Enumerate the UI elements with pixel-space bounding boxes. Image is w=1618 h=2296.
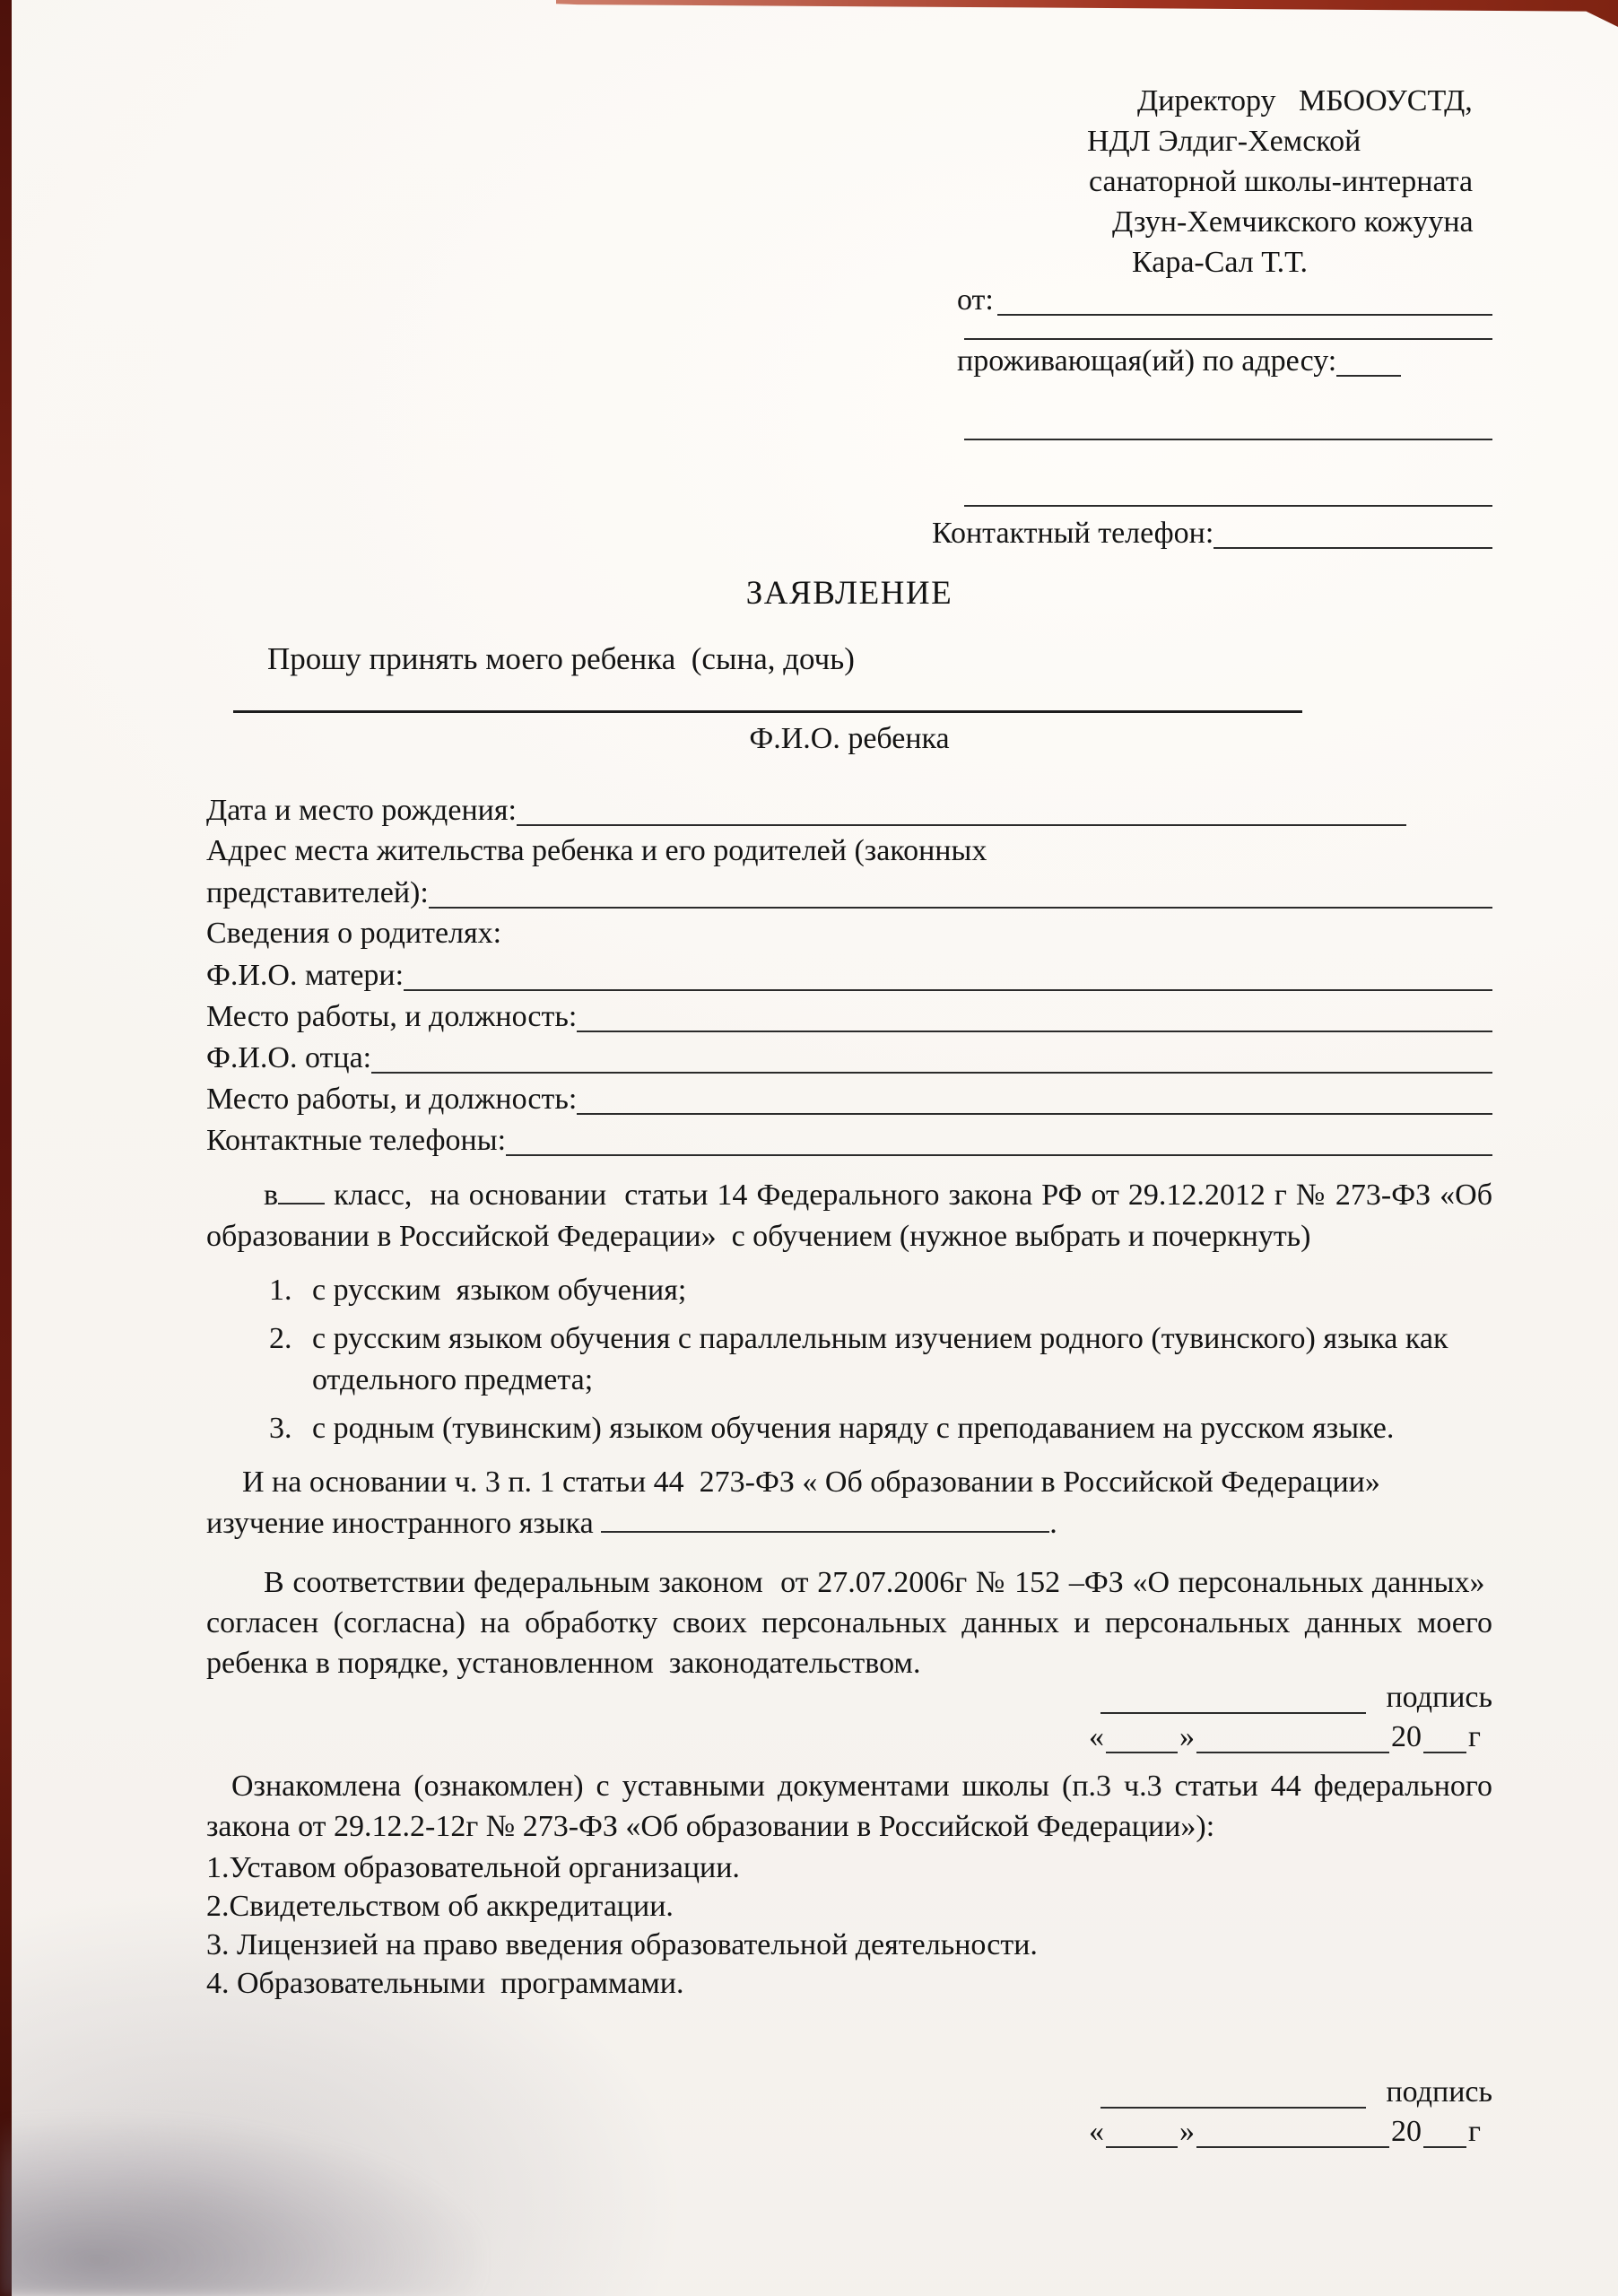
foreign-language-clause: И на основании ч. 3 п. 1 статьи 44 273-Ф… [206,1462,1492,1544]
mother-fio-row: Ф.И.О. матери: [206,954,1492,996]
address-blank-line-3 [964,440,1492,507]
option-text: с родным (тувинским) языком обучения нар… [312,1408,1492,1449]
document-item-3: 3. Лицензией на право введения образоват… [206,1926,1492,1964]
signature-block-1: подпись « » 20 г [1087,1685,1492,1757]
mother-work-label: Место работы, и должность: [206,996,577,1037]
from-blank-line [997,314,1492,316]
foreign-language-line1: И на основании ч. 3 п. 1 статьи 44 273-Ф… [206,1462,1492,1503]
class-paragraph-lead: в [264,1178,278,1212]
address-blank-line-2 [964,381,1492,440]
address-field-label-line2: представителей): [206,873,429,913]
year-century: 20 [1389,1717,1423,1757]
year-blank-line [1423,2146,1466,2148]
from-blank-line-2 [964,320,1492,340]
parents-info-header: Сведения о родителях: [206,913,1492,954]
month-blank-line [1196,1752,1389,1753]
month-blank-line [1196,2146,1389,2148]
addressee-line: НДЛ Элдиг-Хемской [1062,121,1492,161]
class-blank-line [278,1194,325,1205]
addressee-line: санаторной школы-интерната [1062,161,1492,202]
mother-fio-label: Ф.И.О. матери: [206,955,404,996]
child-name-caption: Ф.И.О. ребенка [206,718,1492,759]
language-options-list: 1. с русским языком обучения; 2. с русск… [206,1270,1492,1449]
scan-top-edge [556,0,1618,27]
birth-field-label: Дата и место рождения: [206,790,517,831]
mother-fio-line [404,989,1492,991]
address-blank-line [1336,375,1401,377]
address-field-label-line1: Адрес места жительства ребенка и его род… [206,831,1492,872]
day-blank-line [1106,1752,1178,1753]
addressee-line: Дзун-Хемчикского кожууна [1062,202,1492,242]
foreign-language-line2: изучение иностранного языка . [206,1503,1492,1544]
year-letter: г [1466,1717,1483,1757]
mother-work-line [577,1031,1492,1032]
foreign-language-period: . [1049,1507,1057,1540]
father-fio-line [371,1072,1492,1074]
residing-label: проживающая(ий) по адресу: [957,341,1336,381]
open-quote: « [1087,1717,1106,1757]
language-option-3: 3. с родным (тувинским) языком обучения … [269,1408,1492,1449]
form-content: Директору МБООУСТД, НДЛ Элдиг-Хемской са… [206,81,1492,2152]
applicant-zone: от: проживающая(ий) по адресу: Контактны… [957,283,1492,553]
phones-label: Контактные телефоны: [206,1120,506,1161]
document-item-4: 4. Образовательными программами. [206,1964,1492,2003]
scanned-application-form: Директору МБООУСТД, НДЛ Элдиг-Хемской са… [0,0,1618,2296]
birth-field-row: Дата и место рождения: [206,789,1492,831]
date-row: « » 20 г [1087,1718,1492,1757]
address-field-row: представителей): [206,872,1492,913]
address-field-line [429,907,1492,909]
close-quote: » [1178,2111,1196,2152]
from-label: от: [957,280,994,320]
documents-list: 1.Уставом образовательной организации. 2… [206,1848,1492,2003]
child-name-blank-line [233,710,1302,713]
addressee-block: Директору МБООУСТД, НДЛ Элдиг-Хемской са… [1062,81,1492,283]
addressee-line: Директору МБООУСТД, [1062,81,1492,121]
request-line: Прошу принять моего ребенка (сына, дочь) [206,639,1492,679]
language-option-1: 1. с русским языком обучения; [269,1270,1492,1311]
year-blank-line [1423,1752,1466,1753]
scan-left-edge [0,0,12,2296]
close-quote: » [1178,1717,1196,1757]
contact-phone-row: Контактный телефон: [932,512,1492,553]
signature-caption: подпись [1386,2072,1492,2112]
signature-blank-line [1100,1712,1366,1714]
class-paragraph-text: класс, на основании статьи 14 Федерально… [206,1178,1492,1253]
father-work-row: Место работы, и должность: [206,1078,1492,1119]
acknowledgement-paragraph: Ознакомлена (ознакомлен) с уставными док… [206,1766,1492,1847]
phones-row: Контактные телефоны: [206,1119,1492,1161]
birth-field-line [517,824,1406,826]
fields-section: Дата и место рождения: Адрес места жител… [206,789,1492,1161]
year-century: 20 [1389,2111,1423,2152]
option-number: 1. [269,1270,312,1311]
document-item-2: 2.Свидетельством об аккредитации. [206,1887,1492,1926]
option-text: с русским языком обучения с параллельным… [312,1318,1492,1401]
year-letter: г [1466,2111,1483,2152]
option-number: 2. [269,1318,312,1401]
foreign-language-blank-line [601,1522,1049,1533]
option-number: 3. [269,1408,312,1449]
contact-phone-blank-line [1213,547,1492,549]
open-quote: « [1087,2111,1106,2152]
father-fio-row: Ф.И.О. отца: [206,1037,1492,1078]
foreign-language-label: изучение иностранного языка [206,1507,594,1540]
document-title: ЗАЯВЛЕНИЕ [206,573,1492,613]
signature-row: подпись [1087,1685,1492,1718]
residing-row: проживающая(ий) по адресу: [957,342,1492,381]
father-fio-label: Ф.И.О. отца: [206,1038,371,1078]
signature-block-2: подпись « » 20 г [1087,2080,1492,2152]
from-row: от: [957,283,1492,320]
signature-row: подпись [1087,2080,1492,2112]
phones-line [506,1154,1492,1156]
option-text: с русским языком обучения; [312,1270,1492,1311]
class-paragraph: в класс, на основании статьи 14 Федераль… [206,1175,1492,1257]
contact-phone-label: Контактный телефон: [932,513,1213,553]
day-blank-line [1106,2146,1178,2148]
mother-work-row: Место работы, и должность: [206,996,1492,1037]
father-work-line [577,1113,1492,1115]
signature-caption: подпись [1386,1677,1492,1718]
father-work-label: Место работы, и должность: [206,1079,577,1119]
signature-blank-line [1100,2107,1366,2109]
addressee-line: Кара-Сал Т.Т. [1062,242,1492,283]
date-row: « » 20 г [1087,2112,1492,2152]
personal-data-paragraph: В соответствии федеральным законом от 27… [206,1562,1492,1683]
language-option-2: 2. с русским языком обучения с параллель… [269,1318,1492,1401]
document-item-1: 1.Уставом образовательной организации. [206,1848,1492,1887]
